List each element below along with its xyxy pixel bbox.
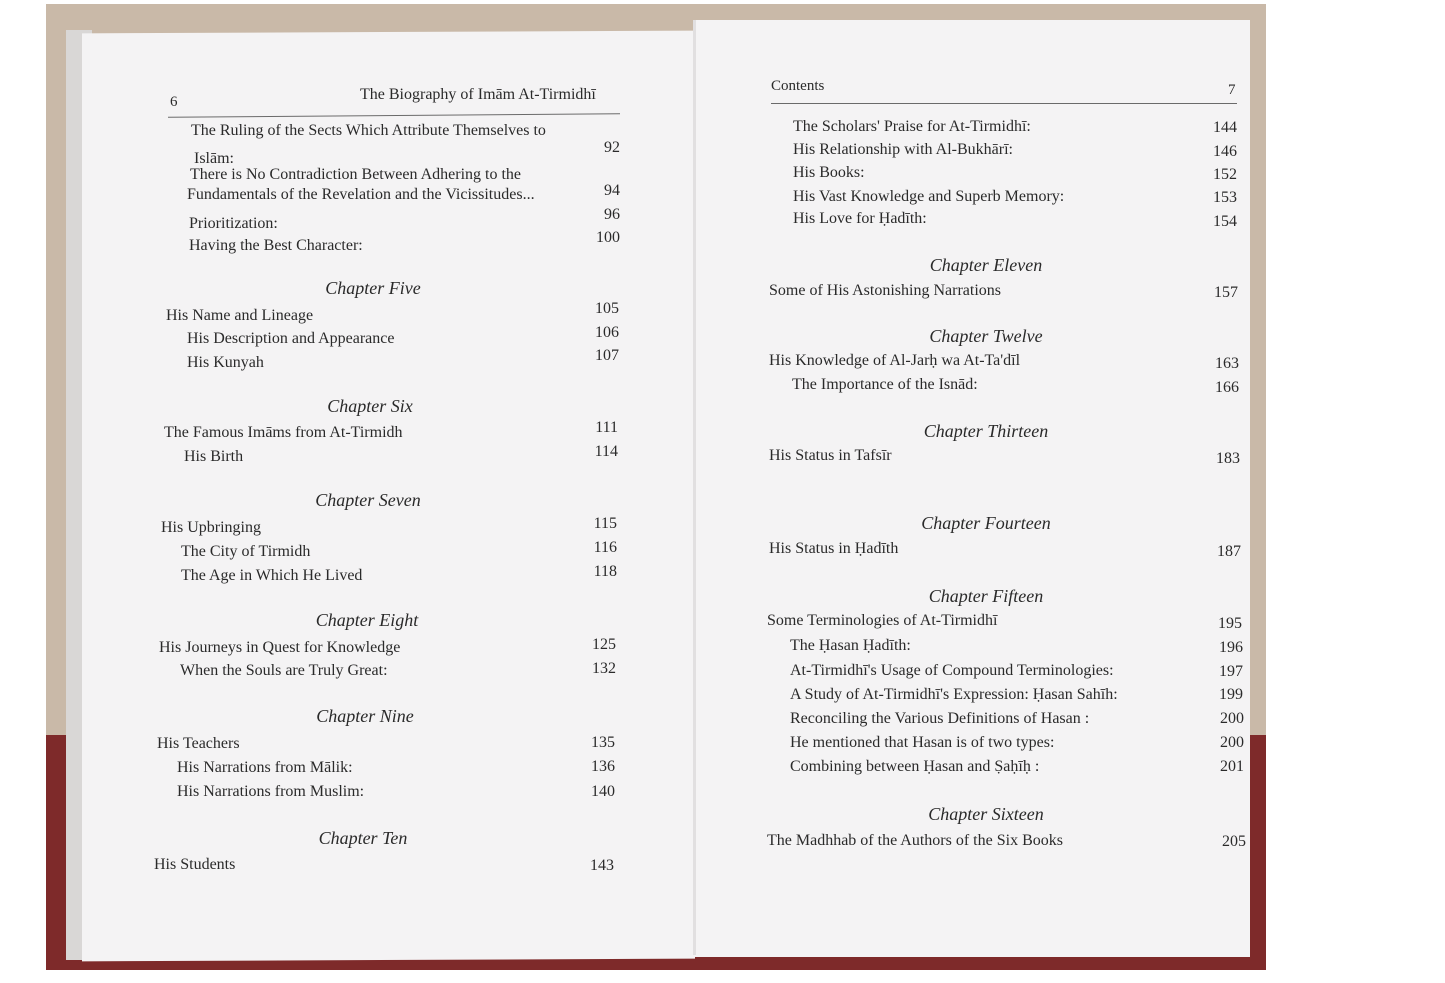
toc-entry: His Vast Knowledge and Superb Memory: bbox=[793, 187, 1064, 207]
chapter-heading: Chapter Seven bbox=[268, 490, 468, 511]
toc-page-number: 144 bbox=[1197, 119, 1237, 137]
toc-entry: Combining between Ḥasan and Ṣaḥīḥ : bbox=[790, 757, 1039, 777]
toc-entry: Prioritization: bbox=[189, 214, 278, 234]
toc-entry: A Study of At-Tirmidhī's Expression: Ḥas… bbox=[790, 685, 1118, 705]
chapter-heading: Chapter Twelve bbox=[886, 326, 1086, 347]
toc-entry: His Status in Ḥadīth bbox=[769, 539, 898, 559]
toc-page-number: 153 bbox=[1197, 189, 1237, 207]
toc-page-number: 132 bbox=[576, 660, 616, 678]
toc-entry: Some of His Astonishing Narrations bbox=[769, 281, 1001, 301]
left-page-number: 6 bbox=[170, 94, 178, 111]
toc-page-number: 125 bbox=[576, 636, 616, 654]
toc-entry: His Knowledge of Al-Jarḥ wa At-Ta'dīl bbox=[769, 351, 1020, 371]
toc-entry: When the Souls are Truly Great: bbox=[180, 661, 388, 681]
toc-page-number: 187 bbox=[1201, 543, 1241, 561]
chapter-heading: Chapter Eleven bbox=[886, 255, 1086, 276]
right-page-number: 7 bbox=[1228, 82, 1236, 99]
toc-page-number: 118 bbox=[577, 563, 617, 581]
toc-page-number: 197 bbox=[1203, 663, 1243, 681]
chapter-heading: Chapter Ten bbox=[263, 828, 463, 849]
toc-page-number: 106 bbox=[579, 324, 619, 342]
toc-entry: The City of Tirmidh bbox=[181, 542, 310, 562]
toc-entry: Some Terminologies of At-Tirmidhī bbox=[767, 611, 997, 631]
toc-entry: He mentioned that Hasan is of two types: bbox=[790, 733, 1054, 753]
chapter-heading: Chapter Sixteen bbox=[886, 804, 1086, 825]
toc-entry: Having the Best Character: bbox=[189, 236, 363, 256]
toc-page-number: 111 bbox=[578, 419, 618, 437]
toc-page-number: 115 bbox=[577, 515, 617, 533]
toc-page-number: 199 bbox=[1203, 686, 1243, 704]
toc-entry: His Kunyah bbox=[187, 353, 264, 373]
toc-entry: His Narrations from Mālik: bbox=[177, 758, 353, 778]
toc-entry: His Name and Lineage bbox=[166, 306, 313, 326]
chapter-heading: Chapter Fourteen bbox=[886, 513, 1086, 534]
chapter-heading: Chapter Six bbox=[270, 396, 470, 417]
toc-entry: His Birth bbox=[184, 447, 243, 467]
toc-page-number: 205 bbox=[1206, 833, 1246, 851]
toc-entry: The Ḥasan Ḥadīth: bbox=[790, 636, 911, 656]
toc-entry: His Status in Tafsīr bbox=[769, 446, 892, 466]
toc-page-number: 94 bbox=[580, 182, 620, 200]
toc-page-number: 100 bbox=[580, 229, 620, 247]
toc-page-number: 146 bbox=[1197, 143, 1237, 161]
toc-entry: His Upbringing bbox=[161, 518, 261, 538]
toc-entry: At-Tirmidhī's Usage of Compound Terminol… bbox=[790, 661, 1114, 681]
toc-entry: His Narrations from Muslim: bbox=[177, 782, 364, 802]
right-header-rule bbox=[771, 103, 1237, 104]
toc-page-number: 135 bbox=[575, 734, 615, 752]
left-running-head: The Biography of Imām At-Tirmidhī bbox=[360, 86, 596, 104]
toc-page-number: 201 bbox=[1204, 758, 1244, 776]
toc-entry: His Description and Appearance bbox=[187, 329, 394, 349]
toc-page-number: 163 bbox=[1199, 355, 1239, 373]
right-running-head: Contents bbox=[771, 78, 824, 95]
toc-page-number: 166 bbox=[1199, 379, 1239, 397]
toc-page-number: 114 bbox=[578, 443, 618, 461]
toc-page-number: 195 bbox=[1202, 615, 1242, 633]
toc-page-number: 152 bbox=[1197, 166, 1237, 184]
toc-page-number: 200 bbox=[1204, 734, 1244, 752]
toc-entry: There is No Contradiction Between Adheri… bbox=[190, 165, 521, 185]
toc-page-number: 143 bbox=[574, 857, 614, 875]
toc-entry: His Students bbox=[154, 855, 235, 875]
toc-entry: Reconciling the Various Definitions of H… bbox=[790, 709, 1089, 729]
toc-entry: His Journeys in Quest for Knowledge bbox=[159, 638, 400, 658]
toc-entry: His Love for Ḥadīth: bbox=[793, 209, 927, 229]
toc-page-number: 196 bbox=[1203, 639, 1243, 657]
toc-page-number: 136 bbox=[575, 758, 615, 776]
toc-entry: His Relationship with Al-Bukhārī: bbox=[793, 140, 1013, 160]
chapter-heading: Chapter Thirteen bbox=[886, 421, 1086, 442]
toc-entry: The Importance of the Isnād: bbox=[792, 375, 978, 395]
toc-entry: The Madhhab of the Authors of the Six Bo… bbox=[767, 831, 1063, 851]
chapter-heading: Chapter Fifteen bbox=[886, 586, 1086, 607]
chapter-heading: Chapter Five bbox=[273, 278, 473, 299]
toc-entry: The Age in Which He Lived bbox=[181, 566, 362, 586]
toc-entry: His Books: bbox=[793, 163, 865, 183]
toc-page-number: 92 bbox=[580, 139, 620, 157]
toc-entry: His Teachers bbox=[157, 734, 240, 754]
toc-entry: The Famous Imāms from At-Tirmidh bbox=[164, 423, 403, 443]
toc-page-number: 154 bbox=[1197, 213, 1237, 231]
chapter-heading: Chapter Nine bbox=[265, 706, 465, 727]
toc-page-number: 183 bbox=[1200, 450, 1240, 468]
toc-page-number: 157 bbox=[1198, 284, 1238, 302]
toc-page-number: 200 bbox=[1204, 710, 1244, 728]
toc-page-number: 105 bbox=[579, 300, 619, 318]
toc-page-number: 96 bbox=[580, 206, 620, 224]
toc-entry: The Ruling of the Sects Which Attribute … bbox=[191, 121, 546, 141]
book-gutter bbox=[693, 20, 696, 955]
toc-page-number: 107 bbox=[579, 347, 619, 365]
toc-page-number: 140 bbox=[575, 783, 615, 801]
toc-entry: The Scholars' Praise for At-Tirmidhī: bbox=[793, 117, 1031, 137]
toc-page-number: 116 bbox=[577, 539, 617, 557]
toc-entry: Fundamentals of the Revelation and the V… bbox=[187, 185, 535, 205]
chapter-heading: Chapter Eight bbox=[267, 610, 467, 631]
